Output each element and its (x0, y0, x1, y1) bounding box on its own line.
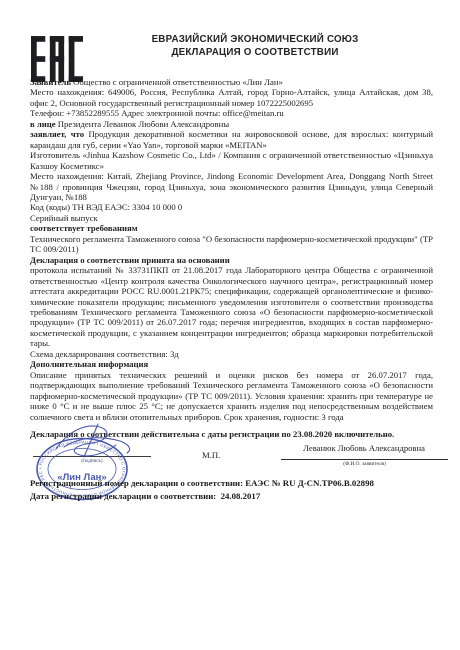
eac-logo (31, 36, 83, 82)
serial-issue: Серийный выпуск (30, 213, 433, 223)
tn-ved-code: Код (коды) ТН ВЭД ЕАЭС: 3304 10 000 0 (30, 202, 433, 212)
declares-label: заявляет, что (30, 129, 84, 139)
applicant-line: Заявитель Общество с ограниченной ответс… (30, 77, 433, 87)
registration-number-value: ЕАЭС № RU Д-CN.ТР06.В.02898 (245, 478, 374, 488)
registration-date-line: Дата регистрации декларации о соответств… (30, 491, 440, 501)
complies-heading: соответствует требованиям (30, 223, 433, 233)
basis-heading: Декларация о соответствии принята на осн… (30, 255, 433, 265)
document-header: ЕВРАЗИЙСКИЙ ЭКОНОМИЧЕСКИЙ СОЮЗ ДЕКЛАРАЦИ… (95, 34, 415, 59)
registration-number-label: Регистрационный номер декларации о соотв… (30, 478, 243, 488)
signer-name-line (281, 459, 448, 460)
scheme-line: Схема декларирования соответствия: 3д (30, 349, 433, 359)
signer-name: Леванюк Любовь Александровна (278, 443, 450, 453)
applicant-value: Общество с ограниченной ответственностью… (73, 77, 283, 87)
document-body: Заявитель Общество с ограниченной ответс… (30, 77, 433, 422)
document-title: ДЕКЛАРАЦИЯ О СООТВЕТСТВИИ (95, 47, 415, 60)
declaration-document: ЕВРАЗИЙСКИЙ ЭКОНОМИЧЕСКИЙ СОЮЗ ДЕКЛАРАЦИ… (0, 0, 460, 650)
registration-number-line: Регистрационный номер декларации о соотв… (30, 478, 440, 488)
manufacturer-line: Изготовитель «Jinhua Kazshow Cosmetic Co… (30, 150, 433, 171)
manufacturer-address: Место нахождения: Китай, Zhejiang Provin… (30, 171, 433, 202)
applicant-label: Заявитель (30, 77, 71, 87)
union-title: ЕВРАЗИЙСКИЙ ЭКОНОМИЧЕСКИЙ СОЮЗ (95, 34, 415, 47)
registration-date-value: 24.08.2017 (221, 491, 261, 501)
additional-text: Описание принятых технических решений и … (30, 370, 433, 422)
applicant-contacts: Телефон: +73852289555 Адрес электронной … (30, 108, 433, 118)
applicant-address: Место нахождения: 649006, Россия, Респуб… (30, 87, 433, 108)
represented-line: в лице Президента Леванюк Любови Алексан… (30, 119, 433, 129)
basis-text: протокола испытаний № 33731ПКП от 21.08.… (30, 265, 433, 349)
registration-date-label: Дата регистрации декларации о соответств… (30, 491, 216, 501)
signer-name-caption: (Ф.И.О. заявителя) (281, 461, 448, 467)
complies-text: Технического регламента Таможенного союз… (30, 234, 433, 255)
seal-place-label: М.П. (202, 450, 220, 460)
represented-label: в лице (30, 119, 56, 129)
represented-value: Президента Леванюк Любови Александровны (58, 119, 229, 129)
declares-line: заявляет, что Продукция декоративной кос… (30, 129, 433, 150)
additional-heading: Дополнительная информация (30, 359, 433, 369)
declares-value: Продукция декоративной косметики на жиро… (30, 129, 433, 149)
